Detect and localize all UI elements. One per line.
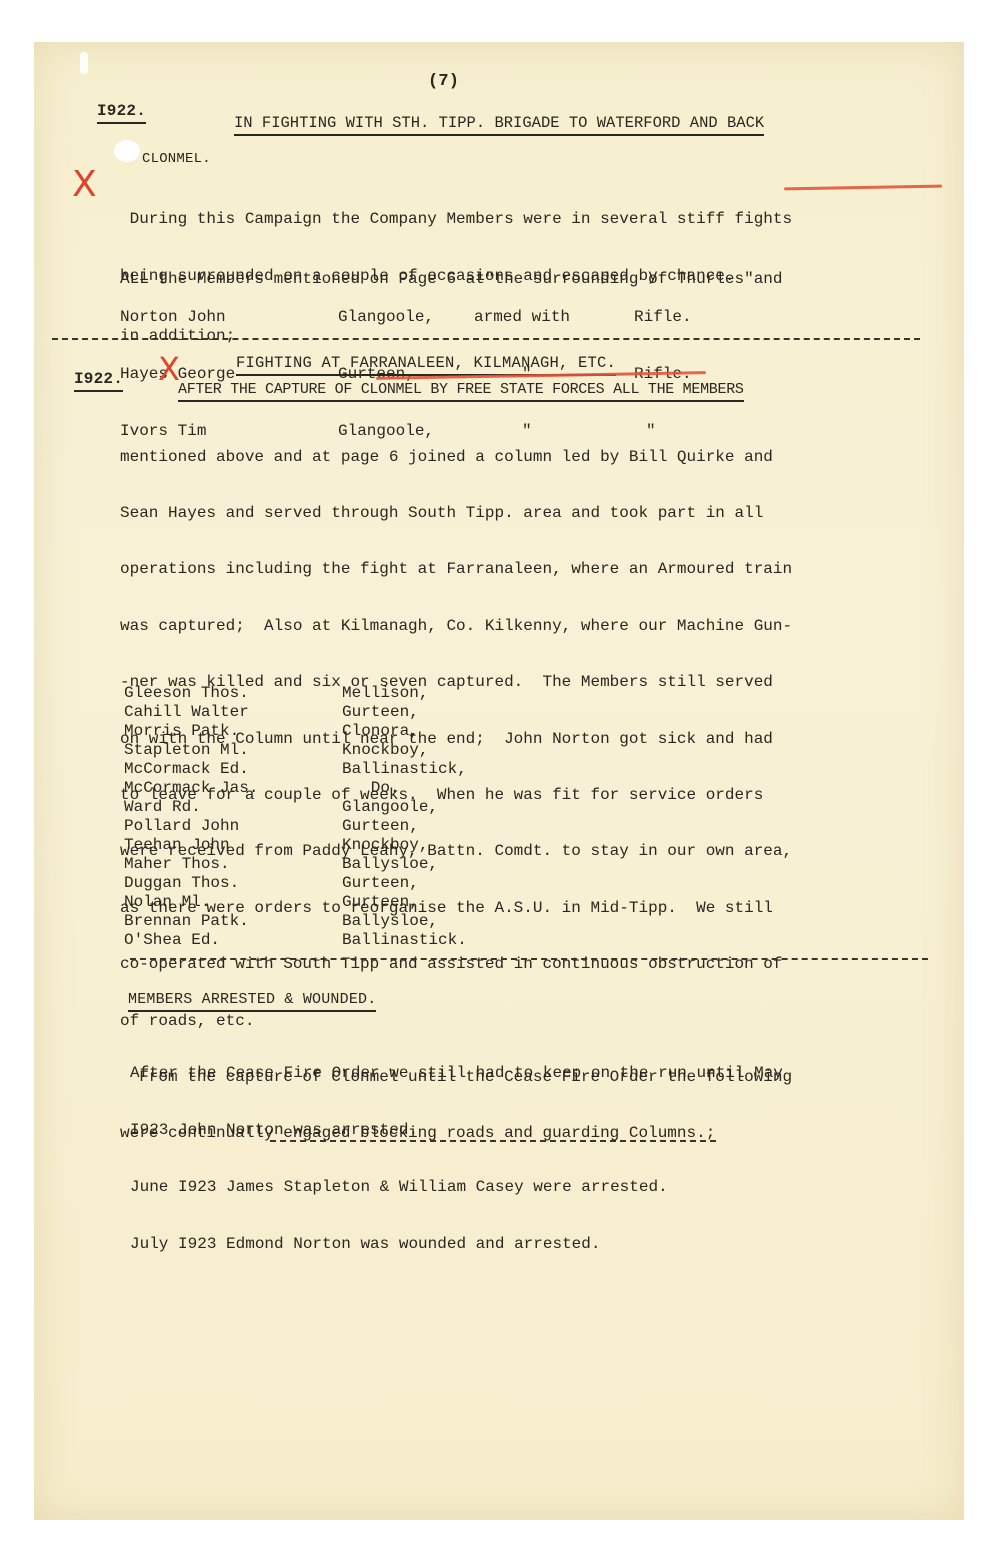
paragraph-line: July I923 Edmond Norton was wounded and … bbox=[130, 1235, 783, 1254]
member-name: Stapleton Ml. bbox=[124, 741, 342, 760]
paragraph-line: operations including the fight at Farran… bbox=[120, 560, 792, 579]
page-number: (7) bbox=[428, 72, 459, 91]
member-row: Nolan Ml.Gurteen, bbox=[124, 893, 467, 912]
member-place: Clonora, bbox=[342, 722, 419, 741]
member-place: Gurteen, bbox=[342, 703, 419, 722]
red-x-mark: X bbox=[72, 168, 97, 202]
paragraph-line: Sean Hayes and served through South Tipp… bbox=[120, 504, 792, 523]
member-row: O'Shea Ed.Ballinastick. bbox=[124, 931, 467, 950]
member-name: Duggan Thos. bbox=[124, 874, 342, 893]
punch-hole bbox=[114, 140, 140, 162]
tear-mark bbox=[80, 52, 88, 74]
member-row: Pollard JohnGurteen, bbox=[124, 817, 467, 836]
paragraph-line: mentioned above and at page 6 joined a c… bbox=[120, 448, 792, 467]
member-name: Gleeson Thos. bbox=[124, 684, 342, 703]
member-row: McCormack Ed.Ballinastick, bbox=[124, 760, 467, 779]
section2-subtitle: AFTER THE CAPTURE OF CLONMEL BY FREE STA… bbox=[178, 380, 744, 402]
member-row: Stapleton Ml.Knockboy, bbox=[124, 741, 467, 760]
member-name: Nolan Ml. bbox=[124, 893, 342, 912]
member-name: Teehan John bbox=[124, 836, 342, 855]
member-weapon: Rifle. bbox=[634, 308, 692, 327]
member-place: Ballinastick, bbox=[342, 760, 467, 779]
member-name: Norton John bbox=[120, 308, 338, 327]
member-place: Ballinastick. bbox=[342, 931, 467, 950]
member-place: Mellison, bbox=[342, 684, 428, 703]
paragraph-line: After the Cease Fire Order we still had … bbox=[130, 1064, 783, 1083]
member-name: Maher Thos. bbox=[124, 855, 342, 874]
section1-subheading: CLONMEL. bbox=[142, 150, 211, 169]
red-x-mark: X bbox=[158, 352, 180, 386]
paragraph-line: During this Campaign the Company Members… bbox=[120, 210, 792, 229]
end-divider bbox=[270, 1140, 716, 1142]
paragraph-line: June I923 James Stapleton & William Case… bbox=[130, 1178, 783, 1197]
member-name: McCormack Jas. bbox=[124, 779, 342, 798]
section3-title: MEMBERS ARRESTED & WOUNDED. bbox=[128, 990, 376, 1012]
divider-line bbox=[52, 338, 920, 340]
member-row: Gleeson Thos.Mellison, bbox=[124, 684, 467, 703]
member-row: Morris Patk.Clonora, bbox=[124, 722, 467, 741]
member-place: Gurteen, bbox=[342, 874, 419, 893]
member-place: Glangoole, bbox=[338, 308, 474, 327]
member-name: Morris Patk. bbox=[124, 722, 342, 741]
divider-line bbox=[130, 958, 928, 960]
section3-paragraph: After the Cease Fire Order we still had … bbox=[130, 1026, 783, 1273]
member-place: Glangoole, bbox=[342, 798, 438, 817]
member-row: Maher Thos.Ballysloe, bbox=[124, 855, 467, 874]
member-row: Teehan JohnKnockboy, bbox=[124, 836, 467, 855]
member-name: O'Shea Ed. bbox=[124, 931, 342, 950]
section1-title: IN FIGHTING WITH STH. TIPP. BRIGADE TO W… bbox=[234, 114, 764, 136]
section1-year: I922. bbox=[97, 102, 146, 124]
member-name: Brennan Patk. bbox=[124, 912, 342, 931]
member-row: McCormack Jas. Do. bbox=[124, 779, 467, 798]
member-place: Do. bbox=[342, 779, 400, 798]
paragraph-line: was captured; Also at Kilmanagh, Co. Kil… bbox=[120, 617, 792, 636]
member-place: Gurteen, bbox=[342, 893, 419, 912]
member-row: Brennan Patk.Ballysloe, bbox=[124, 912, 467, 931]
section2-member-list: Gleeson Thos.Mellison,Cahill WalterGurte… bbox=[124, 684, 467, 950]
member-name: Cahill Walter bbox=[124, 703, 342, 722]
member-row: Ward Rd.Glangoole, bbox=[124, 798, 467, 817]
member-row: Cahill WalterGurteen, bbox=[124, 703, 467, 722]
member-place: Ballysloe, bbox=[342, 855, 438, 874]
member-name: McCormack Ed. bbox=[124, 760, 342, 779]
member-place: Ballysloe, bbox=[342, 912, 438, 931]
member-place: Gurteen, bbox=[342, 817, 419, 836]
member-row: Duggan Thos.Gurteen, bbox=[124, 874, 467, 893]
member-row: Norton John Glangoole, armed with Rifle. bbox=[120, 308, 692, 327]
member-name: Ward Rd. bbox=[124, 798, 342, 817]
member-armed: armed with bbox=[474, 308, 634, 327]
section2-year: I922. bbox=[74, 370, 123, 392]
member-place: Knockboy, bbox=[342, 741, 428, 760]
member-place: Knockboy, bbox=[342, 836, 428, 855]
paragraph-line: I923 John Norton was arrested. bbox=[130, 1121, 783, 1140]
member-name: Pollard John bbox=[124, 817, 342, 836]
